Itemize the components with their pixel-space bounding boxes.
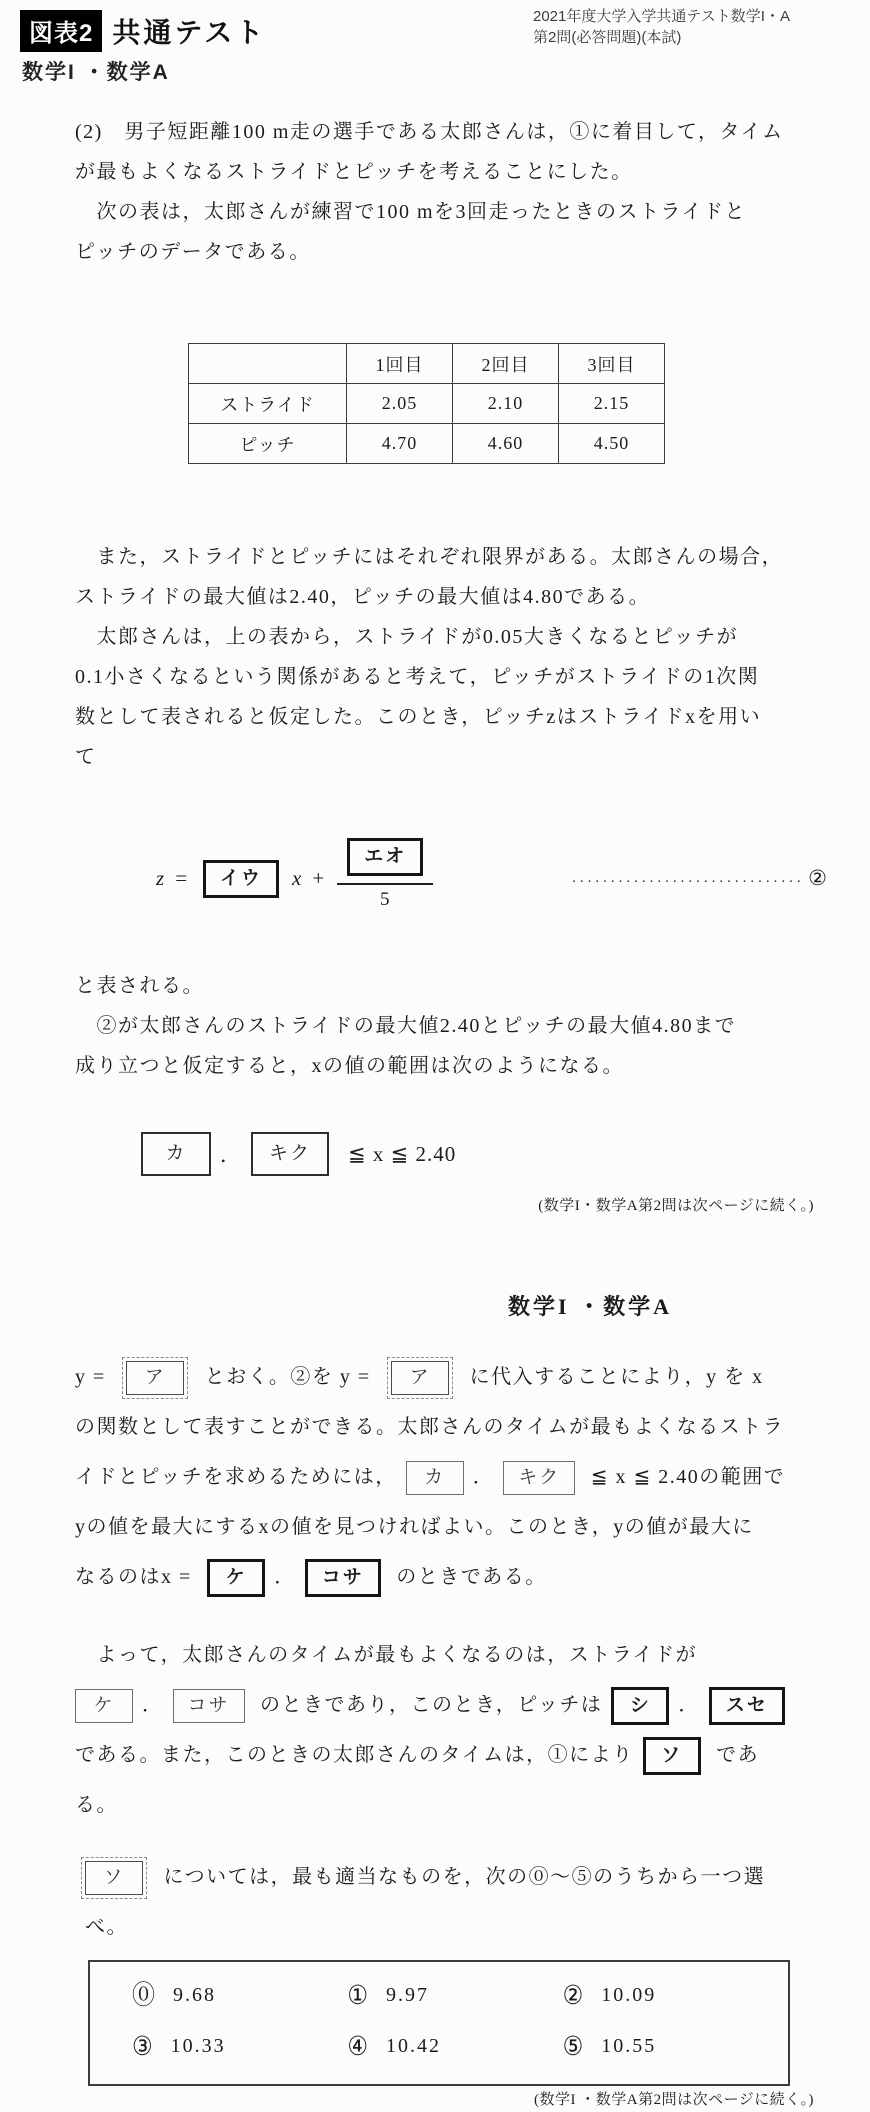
text-line: ストライドの最大値は2.40，ピッチの最大値は4.80である。 [75,577,800,617]
answer-box-a-ref: ア [126,1361,184,1395]
text-line: 0.1小さくなるという関係があると考えて，ピッチがストライドの1次関 [75,657,800,697]
text-line: の関数として表すことができる。太郎さんのタイムが最もよくなるストラ [75,1402,800,1452]
text-line: イドとピッチを求めるためには，カ．キク ≦ x ≦ 2.40の範囲で [75,1452,800,1502]
answer-box-ke-ref: ケ [75,1689,133,1723]
decimal-point: ． [142,1694,164,1716]
equals-sign: = [169,866,194,891]
source-annotation: 2021年度大学入学共通テスト数学I・A 第2問(必答問題)(本試) [533,6,790,48]
text-segment: とおく。②を y = [198,1366,377,1388]
table-cell: 4.70 [347,424,453,464]
text-line: が最もよくなるストライドとピッチを考えることにした。 [75,152,800,192]
equation-2: z = イウ x + エオ 5 ........................… [152,842,828,915]
fraction: エオ 5 [337,838,433,911]
text-line: ピッチのデータである。 [75,232,800,272]
table-cell: 4.50 [559,424,665,464]
paragraph-intro: (2) 男子短距離100 m走の選手である太郎さんは，①に着目して，タイム が最… [75,112,800,272]
x-range-statement: カ ． キク ≦ x ≦ 2.40 [132,1132,456,1176]
paragraph-function-y: y = ア とおく。②を y = ア に代入することにより，y を x の関数と… [75,1352,800,1602]
paragraph-choose-instruction: ソ については，最も適当なものを，次の⓪～⑤のうちから一つ選 べ。 [85,1852,810,1952]
option-circled-number: ⓪ [132,1982,155,2008]
answer-options-box: ⓪ 9.68 ① 9.97 ② 10.09 ③ 10.33 ④ 10.42 ⑤ … [88,1960,790,2086]
text-segment: のときであり，このとき，ピッチは [254,1694,603,1716]
row-label: ストライド [189,384,347,424]
var-z: z [152,866,169,891]
table-header-cell: 2回目 [453,344,559,384]
table-header-cell: 1回目 [347,344,453,384]
option-4: ④ 10.42 [347,2035,562,2058]
option-circled-number: ① [347,1982,368,2008]
option-1: ① 9.97 [347,1984,562,2007]
table-header-row: 1回目 2回目 3回目 [189,344,665,384]
exam-page: 図表2 共通テスト 2021年度大学入学共通テスト数学I・A 第2問(必答問題)… [0,0,870,2112]
var-x: x [288,866,306,891]
paragraph-limits: また，ストライドとピッチにはそれぞれ限界がある。太郎さんの場合， ストライドの最… [75,537,800,777]
answer-box-kiku-ref: キク [503,1461,575,1495]
text-line: である。また，このときの太郎さんのタイムは，①によりソ であ [75,1730,800,1780]
answer-box-shi: シ [611,1687,669,1725]
table-row: ピッチ 4.70 4.60 4.50 [189,424,665,464]
continue-note: (数学I ・数学A第2問は次ページに続く。) [534,2088,814,2109]
option-value: 10.09 [601,1984,656,2007]
text-line: よって，太郎さんのタイムが最もよくなるのは，ストライドが [75,1630,800,1680]
subject-heading: 数学I ・数学A [22,56,170,86]
answer-box-so-ref: ソ [85,1861,143,1895]
option-value: 9.68 [173,1984,216,2007]
answer-box-eo: エオ [347,838,423,876]
text-line: 太郎さんは，上の表から，ストライドが0.05大きくなるとピッチが [75,617,800,657]
text-segment: に代入することにより，y を x [463,1366,764,1388]
text-line: ケ．コサ のときであり，このとき，ピッチはシ．スセ [75,1680,800,1730]
answer-box-ke: ケ [207,1559,265,1597]
answer-box-so: ソ [643,1737,701,1775]
text-segment: ≦ x ≦ 2.40の範囲で [584,1466,785,1488]
decimal-point: ． [220,1139,242,1169]
text-segment: であ [710,1744,760,1766]
paragraph-conclusion: よって，太郎さんのタイムが最もよくなるのは，ストライドが ケ．コサ のときであり… [75,1630,800,1830]
text-line: る。 [75,1780,800,1830]
text-line: また，ストライドとピッチにはそれぞれ限界がある。太郎さんの場合， [75,537,800,577]
text-segment: である。また，このときの太郎さんのタイムは，①により [75,1744,634,1766]
stride-pitch-table: 1回目 2回目 3回目 ストライド 2.05 2.10 2.15 ピッチ 4.7… [188,343,665,464]
option-5: ⑤ 10.55 [563,2035,778,2058]
paragraph-assumption: と表される。 ②が太郎さんのストライドの最大値2.40とピッチの最大値4.80ま… [75,966,800,1086]
answer-box-a-ref: ア [391,1361,449,1395]
text-line: (2) 男子短距離100 m走の選手である太郎さんは，①に着目して，タイム [75,112,800,152]
table-cell: 2.15 [559,384,665,424]
text-segment: なるのはx = [75,1566,198,1588]
option-0: ⓪ 9.68 [132,1984,347,2007]
option-value: 10.42 [386,2035,441,2058]
answer-box-suse: スセ [709,1687,785,1725]
text-line: て [75,737,800,777]
table-header-cell [189,344,347,384]
table-row: ストライド 2.05 2.10 2.15 [189,384,665,424]
text-line: 成り立つと仮定すると，xの値の範囲は次のようになる。 [75,1046,800,1086]
fraction-numerator: エオ [337,838,433,883]
text-line: y = ア とおく。②を y = ア に代入することにより，y を x [75,1352,800,1402]
option-circled-number: ② [563,1982,584,2008]
text-line: べ。 [85,1902,810,1952]
option-value: 9.97 [386,1984,429,2007]
table-cell: 2.10 [453,384,559,424]
decimal-point: ． [678,1694,700,1716]
table-cell: 4.60 [453,424,559,464]
decimal-point: ． [274,1566,296,1588]
answer-box-kiku: キク [251,1132,329,1176]
table-cell: 2.05 [347,384,453,424]
option-value: 10.33 [171,2035,226,2058]
continue-note: (数学I・数学A第2問は次ページに続く。) [538,1194,814,1215]
text-segment: のときである。 [390,1566,547,1588]
text-line: yの値を最大にするxの値を見つければよい。このとき，yの値が最大に [75,1502,800,1552]
row-label: ピッチ [189,424,347,464]
figure-tag: 図表2 [20,10,102,52]
option-circled-number: ⑤ [563,2033,584,2059]
option-value: 10.55 [601,2035,656,2058]
option-2: ② 10.09 [563,1984,778,2007]
text-segment: イドとピッチを求めるためには， [75,1466,397,1488]
text-line: 数として表されると仮定した。このとき，ピッチzはストライドxを用い [75,697,800,737]
answer-box-kosa: コサ [305,1559,381,1597]
text-segment: y = [75,1366,112,1388]
text-segment: については，最も適当なものを，次の⓪～⑤のうちから一つ選 [157,1866,765,1888]
plus-sign: + [306,866,331,891]
answer-box-ka: カ [141,1132,211,1176]
text-line: と表される。 [75,966,800,1006]
answer-box-kosa-ref: コサ [173,1689,245,1723]
option-3: ③ 10.33 [132,2035,347,2058]
text-line: 次の表は，太郎さんが練習で100 mを3回走ったときのストライドと [75,192,800,232]
decimal-point: ． [473,1466,495,1488]
option-circled-number: ③ [132,2033,153,2059]
header: 図表2 共通テスト [20,10,266,52]
dotted-leader: ...................................... [572,870,800,887]
range-inequality: ≦ x ≦ 2.40 [348,1142,456,1167]
answer-box-iu: イウ [203,860,279,898]
answer-box-ka-ref: カ [406,1461,464,1495]
source-line-1: 2021年度大学入学共通テスト数学I・A [533,6,790,27]
doc-title: 共通テスト [112,11,266,51]
text-line: なるのはx = ケ．コサ のときである。 [75,1552,800,1602]
fraction-denominator: 5 [337,883,433,911]
text-line: ソ については，最も適当なものを，次の⓪～⑤のうちから一つ選 [85,1852,810,1902]
table-header-cell: 3回目 [559,344,665,384]
source-line-2: 第2問(必答問題)(本試) [533,27,790,48]
subject-heading-page2: 数学I ・数学A [508,1290,672,1321]
text-line: ②が太郎さんのストライドの最大値2.40とピッチの最大値4.80まで [75,1006,800,1046]
equation-number: ② [800,866,828,891]
option-circled-number: ④ [347,2033,368,2059]
